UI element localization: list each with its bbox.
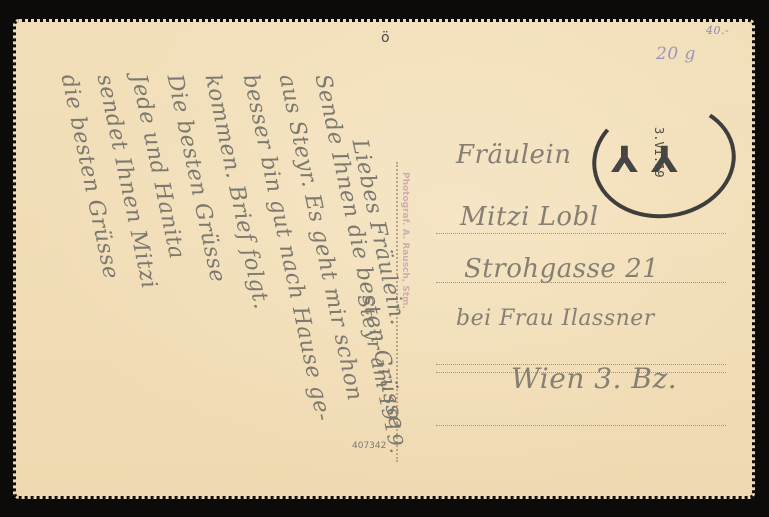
address-line-5: Wien 3. Bz. <box>511 362 677 395</box>
address-line-1: Fräulein <box>456 140 571 170</box>
postcard-back: ö 40.- 20 g Photograf. A. Rausch, Stm. 4… <box>16 22 752 496</box>
catalog-number: 407342 <box>352 441 386 451</box>
price-note: 40.- <box>706 24 729 37</box>
postmark-strokes: ⅄ ⅄ <box>611 140 678 181</box>
address-line-2: Mitzi Lobl <box>460 202 599 232</box>
top-mark: ö <box>381 30 390 46</box>
address-rule-1 <box>436 233 726 234</box>
address-rule-5 <box>436 425 726 426</box>
weight-note: 20 g <box>656 44 696 64</box>
address-line-4: bei Frau Ilassner <box>456 306 655 331</box>
address-line-3: Strohgasse 21 <box>464 254 659 284</box>
postmark-date: 3.VI.19 <box>652 127 666 178</box>
